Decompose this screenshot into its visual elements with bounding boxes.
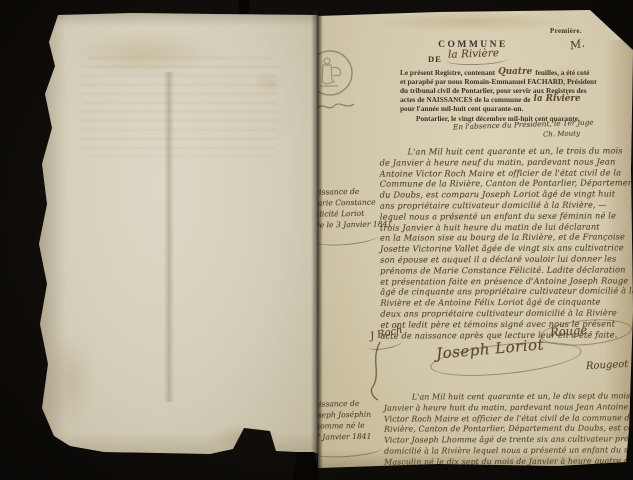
corner-page-label: Première. — [550, 27, 582, 35]
judge-name: Ch. Mouty — [543, 129, 580, 138]
page-edge-shadow — [36, 12, 66, 470]
left-page — [14, 12, 318, 470]
birth-act-1-line: prénoms de Marie Constance Félicité. Lad… — [380, 264, 632, 276]
de-label: DE — [428, 54, 442, 64]
book-spine — [311, 10, 323, 470]
margin-note-1-line: née le 3 Janvier 1841 — [318, 218, 394, 230]
register-certification-paragraph: Le présent Registre, contenantQuatrefeui… — [400, 69, 630, 114]
register-line: pour l'année mil-huit cent quarante-un. — [400, 105, 630, 114]
handwritten-fill: la Rivière — [534, 94, 581, 104]
handwritten-fill: Quatre — [498, 67, 532, 77]
show-through — [82, 57, 277, 157]
birth-act-1: L'an Mil huit cent quarante et un, le tr… — [379, 145, 632, 341]
scan-background: Première. M. COMMUNE DE la Rivière — [0, 0, 633, 480]
page-edge-shadow — [14, 12, 318, 26]
corner-paraph: M. — [569, 37, 586, 53]
birth-act-2-line: Janvier à heure huit du matin, pardevant… — [384, 402, 633, 414]
stain — [373, 12, 573, 32]
birth-act-1-line: de Janvier à heure neuf du matin, pardev… — [380, 156, 632, 168]
page-edge-shadow — [14, 432, 318, 470]
margin-note-2: naissance deJoseph JoséphinLhomme né le1… — [318, 397, 394, 442]
margin-note-1: naissance deMarie ConstanceFélicité Lori… — [318, 185, 394, 230]
birth-act-2: L'an Mil huit cent quarante et un, le di… — [384, 391, 633, 468]
embossed-stamp-icon — [318, 48, 354, 98]
right-page: Première. M. COMMUNE DE la Rivière — [318, 10, 633, 470]
signature-witness-2: Rougeot — [586, 359, 629, 372]
ink-paraph — [318, 98, 356, 121]
margin-note-2-line: 17 Janvier 1841 — [318, 430, 394, 442]
crease — [164, 72, 174, 402]
birth-act-2-line: Masculin né le dix sept du mois de Janvi… — [384, 456, 633, 468]
margin-flourish — [318, 229, 378, 248]
birth-act-1-line: lequel nous a présenté un enfant du sexe… — [380, 210, 632, 222]
top-clamp — [238, 0, 250, 15]
